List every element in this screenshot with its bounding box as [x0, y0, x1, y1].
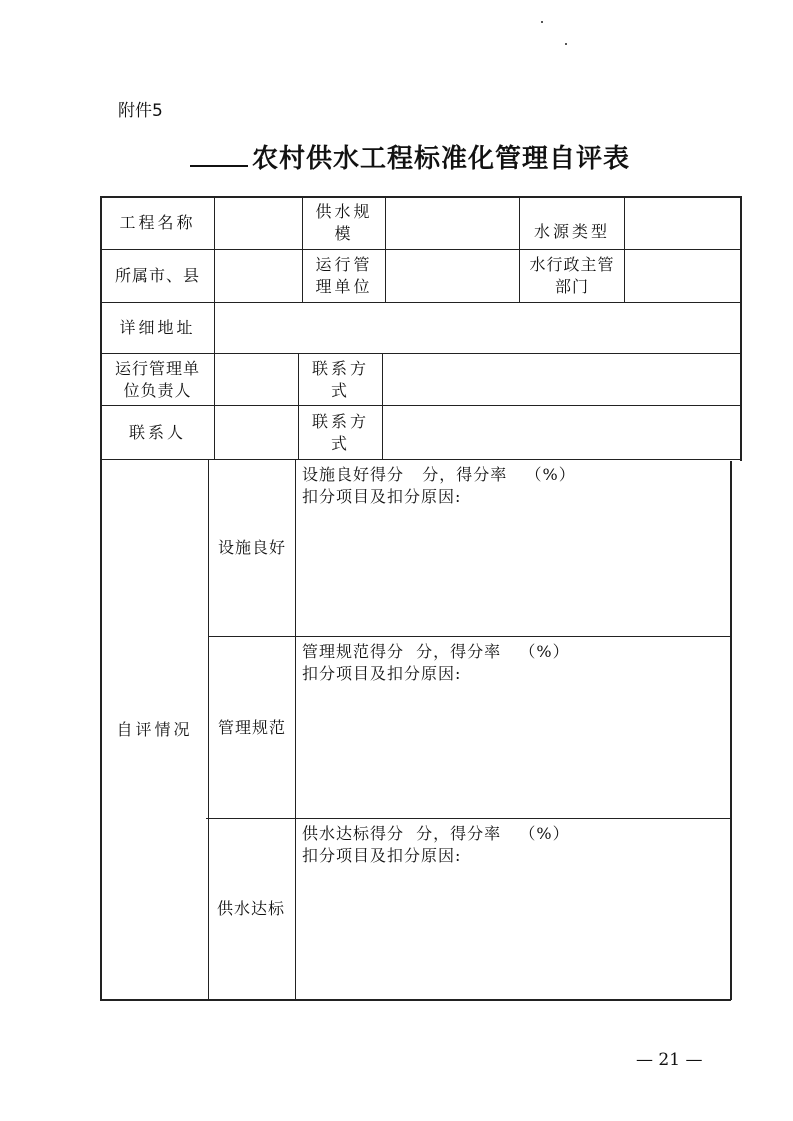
supply-scale-field[interactable] [386, 197, 519, 249]
address-label: 详细地址 [101, 303, 214, 353]
city-county-label: 所属市、县 [101, 250, 214, 302]
table-border-bottom [100, 999, 731, 1001]
project-name-label: 工程名称 [101, 197, 214, 249]
table-border-right-top [740, 196, 742, 461]
water-source-field[interactable] [625, 197, 740, 249]
operator-head-field[interactable] [215, 354, 298, 405]
facility-score-line: 设施良好得分 分，得分率 （%） [302, 464, 576, 486]
facility-deduction-line: 扣分项目及扣分原因: [302, 486, 576, 508]
self-eval-label: 自评情况 [101, 460, 208, 999]
management-section-label: 管理规范 [209, 637, 295, 818]
supply-standard-section-body[interactable]: 供水达标得分 分，得分率 （%） 扣分项目及扣分原因: [296, 819, 730, 999]
facility-section-label: 设施良好 [209, 460, 295, 636]
supply-standard-score-line: 供水达标得分 分，得分率 （%） [302, 823, 570, 845]
water-authority-field[interactable] [625, 250, 740, 302]
water-authority-label: 水行政主管 部门 [520, 250, 624, 302]
table-border-right-bottom [730, 461, 732, 1000]
page-number: — 21 — [636, 1050, 702, 1070]
contact-person-method-field[interactable] [383, 406, 740, 459]
contact-person-label: 联系人 [101, 406, 214, 459]
contact-person-method-label: 联系方 式 [299, 406, 382, 459]
operator-head-label: 运行管理单 位负责人 [101, 354, 214, 405]
supply-scale-label: 供水规 模 [303, 197, 385, 249]
operator-head-contact-label: 联系方 式 [299, 354, 382, 405]
project-name-field[interactable] [215, 197, 302, 249]
contact-person-field[interactable] [215, 406, 298, 459]
supply-standard-section-label: 供水达标 [207, 819, 295, 999]
operator-field[interactable] [386, 250, 519, 302]
facility-section-body[interactable]: 设施良好得分 分，得分率 （%） 扣分项目及扣分原因: [296, 460, 730, 636]
management-deduction-line: 扣分项目及扣分原因: [302, 663, 570, 685]
address-field[interactable] [215, 303, 740, 353]
management-section-body[interactable]: 管理规范得分 分，得分率 （%） 扣分项目及扣分原因: [296, 637, 730, 818]
operator-label: 运行管 理单位 [303, 250, 385, 302]
management-score-line: 管理规范得分 分，得分率 （%） [302, 641, 570, 663]
supply-standard-deduction-line: 扣分项目及扣分原因: [302, 845, 570, 867]
operator-head-contact-field[interactable] [383, 354, 740, 405]
city-county-field[interactable] [215, 250, 302, 302]
self-evaluation-table: 工程名称 供水规 模 水源类型 所属市、县 运行管 理单位 水行政主管 部门 详… [0, 0, 793, 1121]
